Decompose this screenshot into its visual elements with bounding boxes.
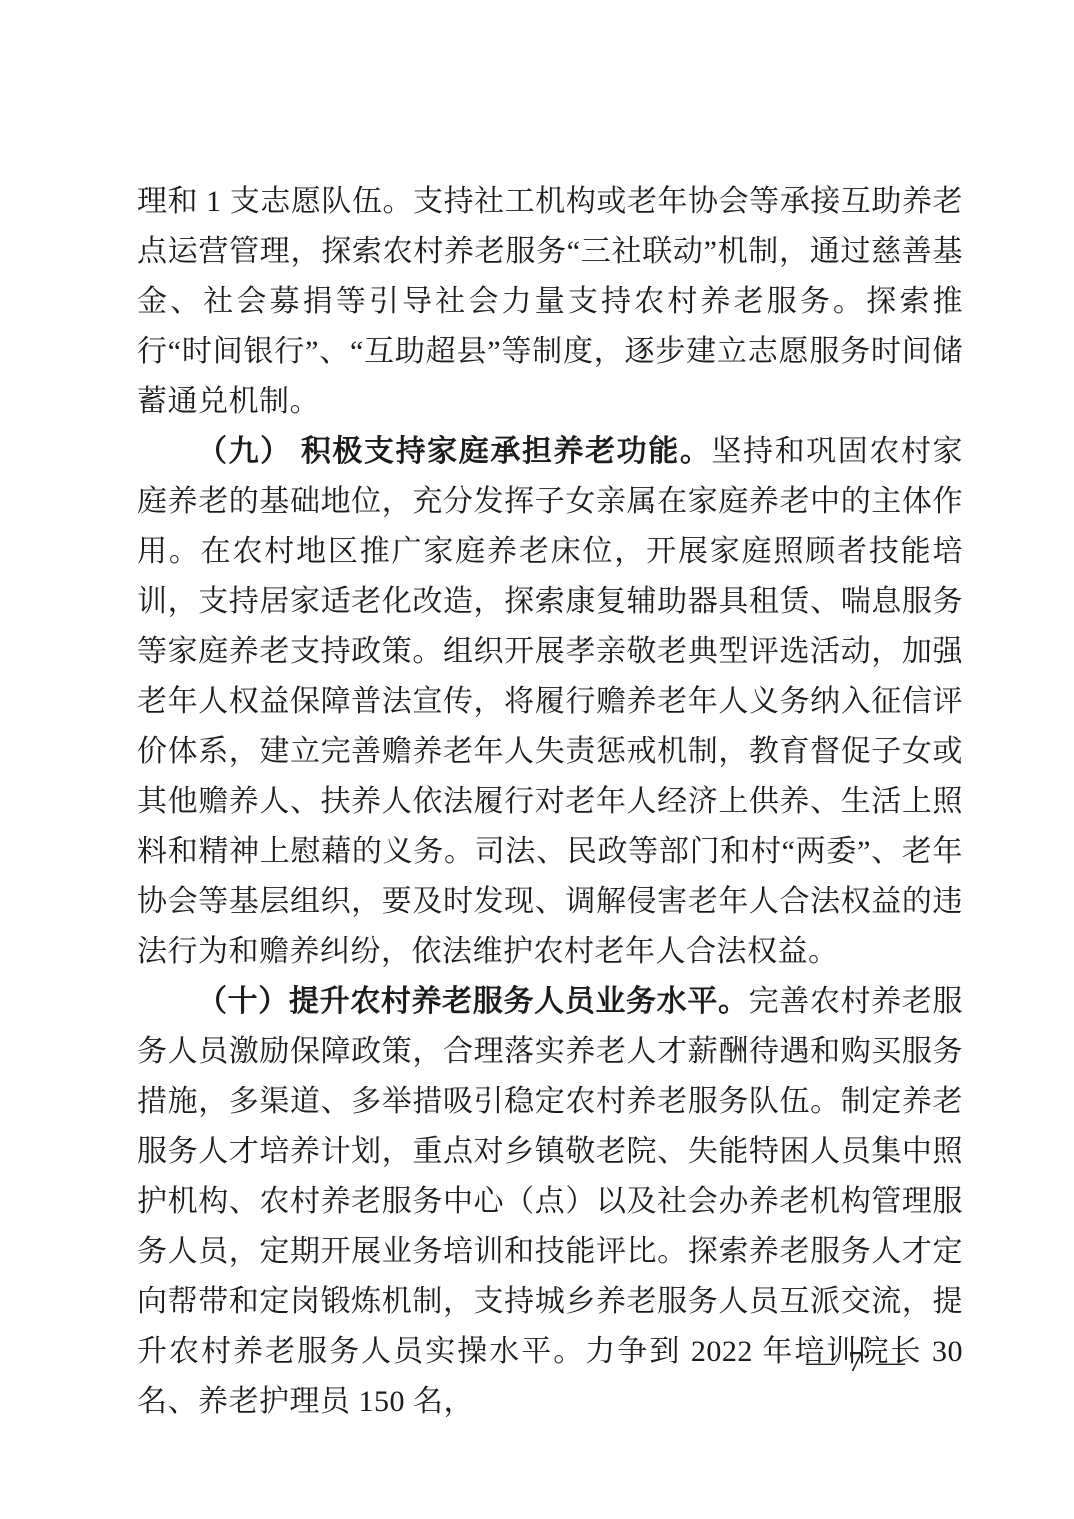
paragraph-section-9: （九） 积极支持家庭承担养老功能。坚持和巩固农村家庭养老的基础地位，充分发挥子女… [137, 427, 963, 977]
section-heading-10: （十）提升农村养老服务人员业务水平。 [197, 985, 749, 1018]
document-page: 理和 1 支志愿队伍。支持社工机构或老年协会等承接互助养老点运营管理，探索农村养… [0, 0, 1074, 1519]
paragraph-text: 理和 1 支志愿队伍。支持社工机构或老年协会等承接互助养老点运营管理，探索农村养… [137, 185, 963, 418]
page-number: — 7 — [806, 1346, 908, 1378]
document-body: 理和 1 支志愿队伍。支持社工机构或老年协会等承接互助养老点运营管理，探索农村养… [137, 177, 963, 1427]
paragraph-continuation: 理和 1 支志愿队伍。支持社工机构或老年协会等承接互助养老点运营管理，探索农村养… [137, 177, 963, 427]
section-body-9: 坚持和巩固农村家庭养老的基础地位，充分发挥子女亲属在家庭养老中的主体作用。在农村… [137, 435, 963, 968]
section-heading-9: （九） 积极支持家庭承担养老功能。 [197, 435, 711, 468]
